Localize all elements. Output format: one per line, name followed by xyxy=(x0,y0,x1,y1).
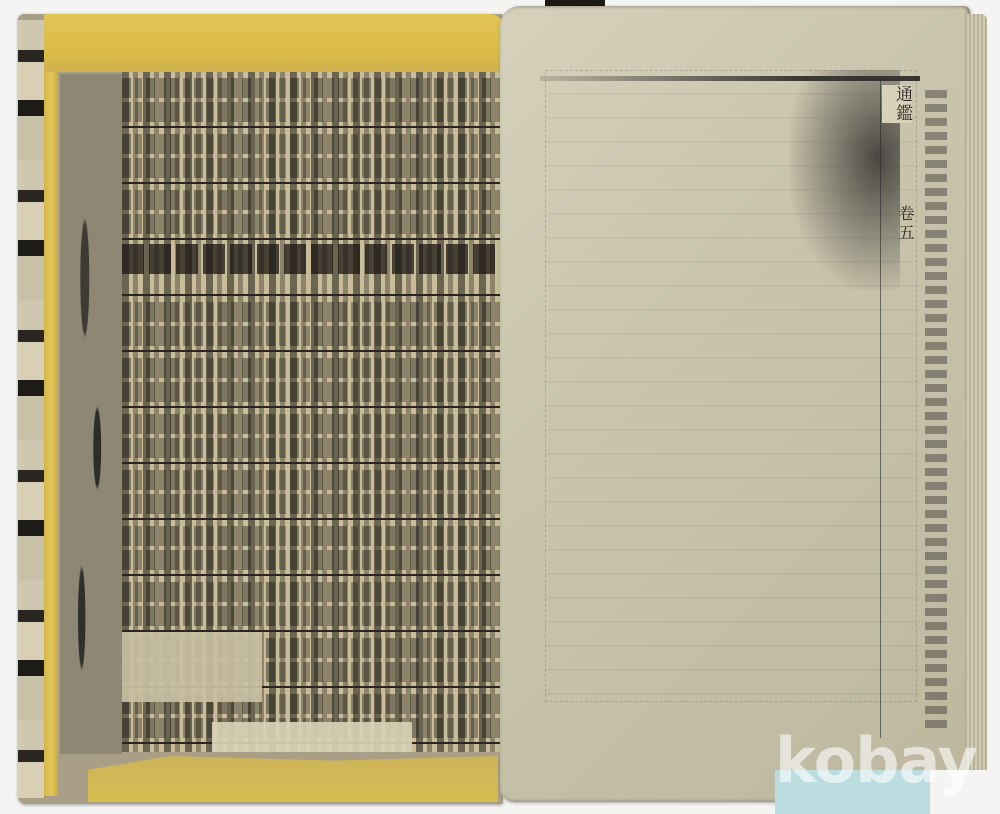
text-row xyxy=(122,134,504,154)
left-page xyxy=(18,14,503,804)
text-row xyxy=(122,438,504,458)
text-row xyxy=(122,358,504,378)
text-row xyxy=(122,102,504,122)
repair-tape-top xyxy=(44,14,504,72)
text-row xyxy=(122,302,504,322)
text-row xyxy=(122,214,504,234)
printed-text-block xyxy=(122,72,504,752)
torn-paper-patch xyxy=(122,632,262,702)
text-row xyxy=(122,78,504,98)
repair-tape-vertical xyxy=(44,36,58,796)
damaged-border xyxy=(60,74,122,754)
text-row xyxy=(122,158,504,178)
repair-tape-bottom xyxy=(88,756,498,802)
watermark-logo: kobay xyxy=(775,730,977,792)
text-row xyxy=(122,494,504,514)
margin-handwritten-notes xyxy=(925,90,947,730)
text-row xyxy=(122,526,504,546)
text-row xyxy=(122,414,504,434)
text-row xyxy=(122,382,504,402)
text-row xyxy=(122,582,504,602)
text-row xyxy=(122,326,504,346)
text-row xyxy=(122,470,504,490)
heading-characters-row xyxy=(122,244,504,274)
text-row xyxy=(122,606,504,626)
torn-paper-patch xyxy=(212,722,412,752)
spine-edge xyxy=(18,20,46,798)
book-photo: 通鑑 卷五 kobay xyxy=(0,0,1000,814)
page-stack-edge xyxy=(965,14,987,774)
text-row xyxy=(122,550,504,570)
margin-volume-number: 卷五 xyxy=(886,205,914,243)
text-row xyxy=(122,190,504,210)
margin-title: 通鑑 xyxy=(882,85,912,123)
